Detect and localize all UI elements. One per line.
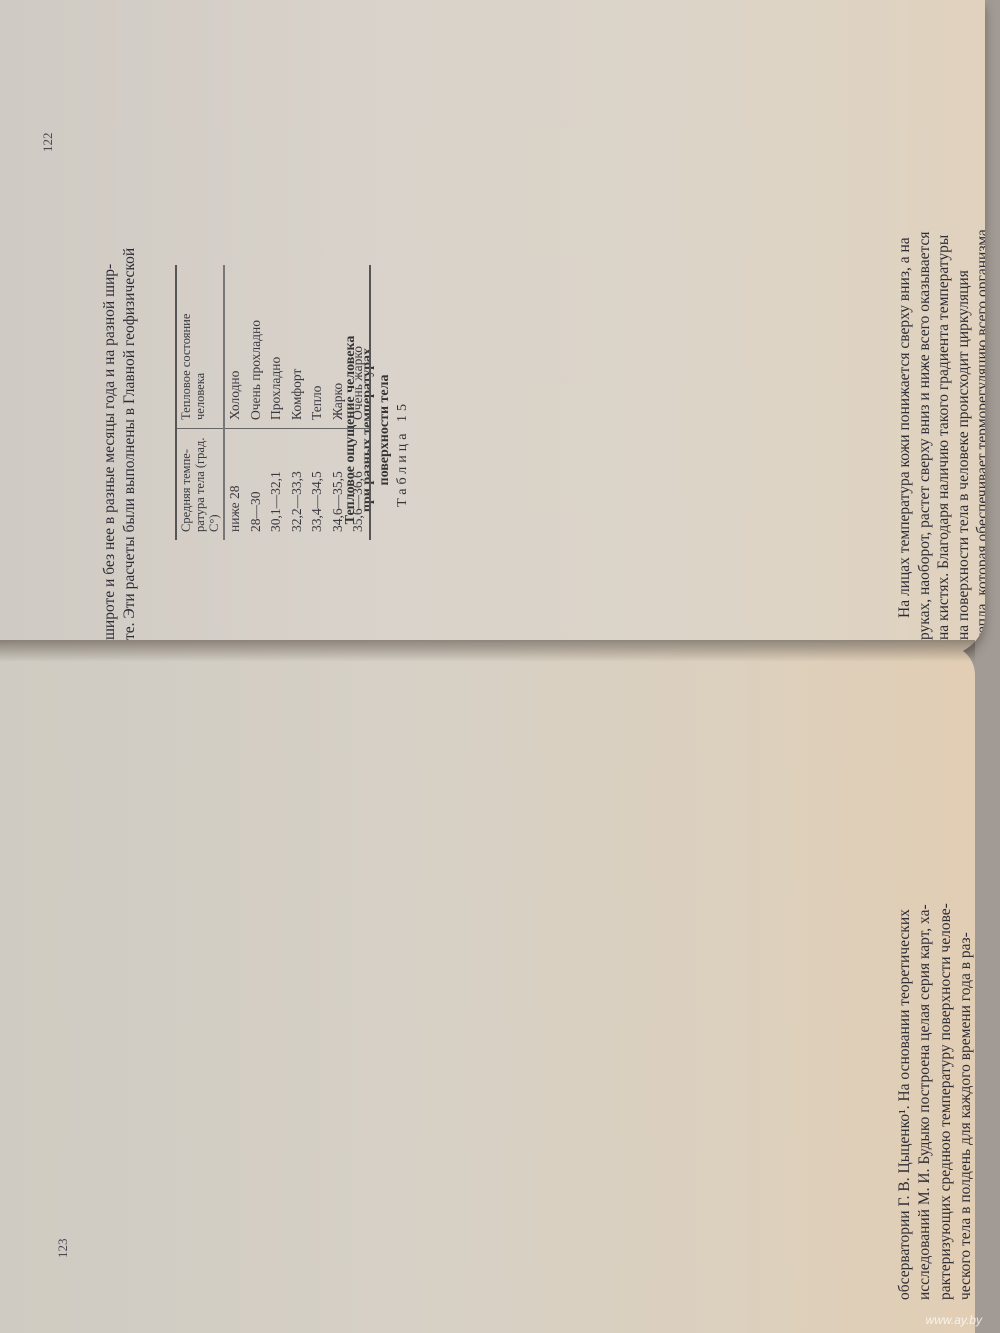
- book-spine: [0, 640, 975, 662]
- text-line: те. Эти расчеты были выполнены в Главной…: [120, 100, 140, 640]
- table-cell: 34,6—35,5: [328, 429, 349, 541]
- table-row: 34,6—35,5 Жарко: [328, 265, 349, 540]
- text-line: на поверхности тела в человеке происходи…: [954, 80, 974, 640]
- table-cell: 28—30: [246, 429, 267, 541]
- left-page-body: На лицах температура кожи понижается све…: [895, 80, 985, 640]
- left-page: На лицах температура кожи понижается све…: [0, 0, 985, 655]
- table-row: 35,6—36,6 Очень жарко: [348, 265, 370, 540]
- text-line: широте и без нее в разные месяцы года и …: [100, 100, 120, 640]
- table-cell: Жарко: [328, 265, 349, 429]
- table-cell: 30,1—32,1: [266, 429, 287, 541]
- table-header: Тепловое состояние человека: [176, 265, 224, 429]
- text-line: исследований М. И. Будыко построена цела…: [915, 700, 935, 1300]
- book-photo: На лицах температура кожи понижается све…: [0, 0, 1000, 1333]
- table-row: 30,1—32,1 Прохладно: [266, 265, 287, 540]
- table-caption: Таблица 15: [395, 400, 411, 640]
- table-cell: Холодно: [224, 265, 246, 429]
- text-line: ческого тела в полдень для каждого време…: [956, 700, 975, 1300]
- text-line: тепла, которая обеспечивает терморегуляц…: [973, 80, 985, 640]
- table-header: Средняя темпе-ратура тела (град. С°): [176, 429, 224, 541]
- table-cell: Комфорт: [287, 265, 308, 429]
- left-page-bottom-text: широте и без нее в разные месяцы года и …: [100, 100, 139, 640]
- text-line: рактеризующих среднюю температуру поверх…: [936, 700, 956, 1300]
- table-cell: Тепло: [307, 265, 328, 429]
- watermark: www.ay.by: [926, 1313, 982, 1327]
- table-row: 28—30 Очень прохладно: [246, 265, 267, 540]
- table-row: ниже 28 Холодно: [224, 265, 246, 540]
- right-page-body: обсерватории Г. В. Цыценко¹. На основани…: [895, 700, 975, 1300]
- table-cell: Очень прохладно: [246, 265, 267, 429]
- table-row: 32,2—33,3 Комфорт: [287, 265, 308, 540]
- table-cell: Прохладно: [266, 265, 287, 429]
- table-cell: 32,2—33,3: [287, 429, 308, 541]
- table-title-line: поверхности тела: [376, 300, 393, 560]
- right-page: обсерватории Г. В. Цыценко¹. На основани…: [0, 645, 975, 1333]
- text-line: На лицах температура кожи понижается све…: [895, 80, 915, 640]
- temperature-sensation-table: Средняя темпе-ратура тела (град. С°) Теп…: [175, 265, 371, 540]
- page-number: 122: [40, 133, 56, 153]
- table-cell: ниже 28: [224, 429, 246, 541]
- text-line: обсерватории Г. В. Цыценко¹. На основани…: [895, 700, 915, 1300]
- table-cell: 33,4—34,5: [307, 429, 328, 541]
- table-cell: Очень жарко: [348, 265, 370, 429]
- table-cell: 35,6—36,6: [348, 429, 370, 541]
- text-line: руках, наоборот, растет сверху вниз и ни…: [915, 80, 935, 640]
- table-row: 33,4—34,5 Тепло: [307, 265, 328, 540]
- page-number: 123: [55, 1239, 71, 1259]
- text-line: на кистях. Благодаря наличию такого град…: [934, 80, 954, 640]
